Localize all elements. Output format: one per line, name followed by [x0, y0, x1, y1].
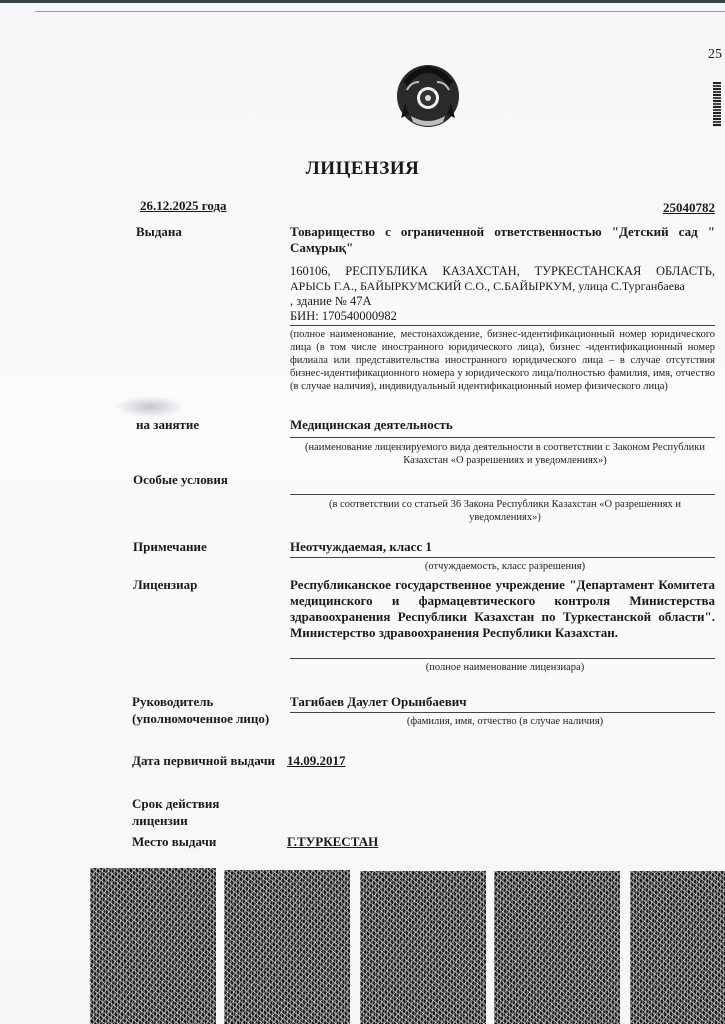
validity-label-line-1: Срок действия — [132, 795, 219, 812]
head-rule — [290, 712, 715, 713]
activity-value: Медицинская деятельность — [290, 417, 453, 433]
issued-to-rule — [290, 325, 715, 326]
license-number: 25040782 — [663, 200, 715, 216]
qr-code-4-icon — [494, 871, 620, 1024]
first-issue-label: Дата первичной выдачи — [132, 753, 275, 769]
activity-rule — [290, 437, 715, 438]
side-barcode-icon — [713, 82, 721, 127]
qr-code-3-icon — [360, 871, 486, 1024]
head-label-line-1: Руководитель — [132, 693, 269, 710]
activity-label: на занятие — [136, 417, 199, 433]
licensor-label: Лицензиар — [133, 577, 197, 593]
qr-code-1-icon — [90, 868, 216, 1024]
scan-top-edge — [0, 0, 725, 3]
head-value: Тагибаев Даулет Орынбаевич — [290, 694, 467, 710]
special-conditions-label: Особые условия — [133, 472, 228, 488]
address-line-1: 160106, РЕСПУБЛИКА КАЗАХСТАН, ТУРКЕСТАНС… — [290, 264, 715, 279]
place-label: Место выдачи — [132, 834, 216, 850]
page-number: 25 — [708, 47, 722, 63]
document-title: ЛИЦЕНЗИЯ — [0, 158, 725, 180]
issued-to-hint: (полное наименование, местонахождение, б… — [290, 328, 715, 393]
head-label-line-2: (уполномоченное лицо) — [132, 710, 269, 727]
licensor-hint: (полное наименование лицензиара) — [300, 661, 710, 674]
note-label: Примечание — [133, 539, 207, 555]
issue-date: 26.12.2025 года — [140, 198, 227, 214]
bin: БИН: 170540000982 — [290, 309, 715, 324]
note-rule — [290, 557, 715, 558]
issued-to-address: 160106, РЕСПУБЛИКА КАЗАХСТАН, ТУРКЕСТАНС… — [290, 264, 715, 324]
note-hint: (отчуждаемость, класс разрешения) — [300, 560, 710, 573]
special-conditions-rule — [290, 494, 715, 495]
special-conditions-hint: (в соответствии со статьей 36 Закона Рес… — [300, 498, 710, 524]
licensor-value: Республиканское государственное учрежден… — [290, 577, 715, 641]
issued-to-label: Выдана — [136, 224, 182, 240]
qr-code-5-icon — [630, 871, 725, 1024]
validity-label-line-2: лицензии — [132, 812, 219, 829]
validity-label: Срок действия лицензии — [132, 795, 219, 829]
address-line-2: АРЫСЬ Г.А., БАЙЫРКУМСКИЙ С.О., С.БАЙЫРКУ… — [290, 279, 715, 294]
issued-to-name: Товарищество с ограниченной ответственно… — [290, 224, 715, 256]
license-document: 25 ЛИЦЕНЗИЯ 26.12.2025 года 25040782 Выд… — [0, 0, 725, 1024]
activity-hint: (наименование лицензируемого вида деятел… — [300, 441, 710, 467]
place-value: Г.ТУРКЕСТАН — [287, 834, 378, 850]
address-line-3: , здание № 47А — [290, 294, 715, 309]
head-label: Руководитель (уполномоченное лицо) — [132, 693, 269, 727]
first-issue-value: 14.09.2017 — [287, 753, 346, 769]
note-value: Неотчуждаемая, класс 1 — [290, 539, 432, 555]
qr-code-2-icon — [224, 870, 350, 1024]
scan-smudge — [115, 396, 185, 418]
scan-top-line — [35, 11, 725, 12]
head-hint: (фамилия, имя, отчество (в случае наличи… — [300, 715, 710, 728]
licensor-rule — [290, 658, 715, 659]
state-emblem-icon — [393, 60, 463, 130]
